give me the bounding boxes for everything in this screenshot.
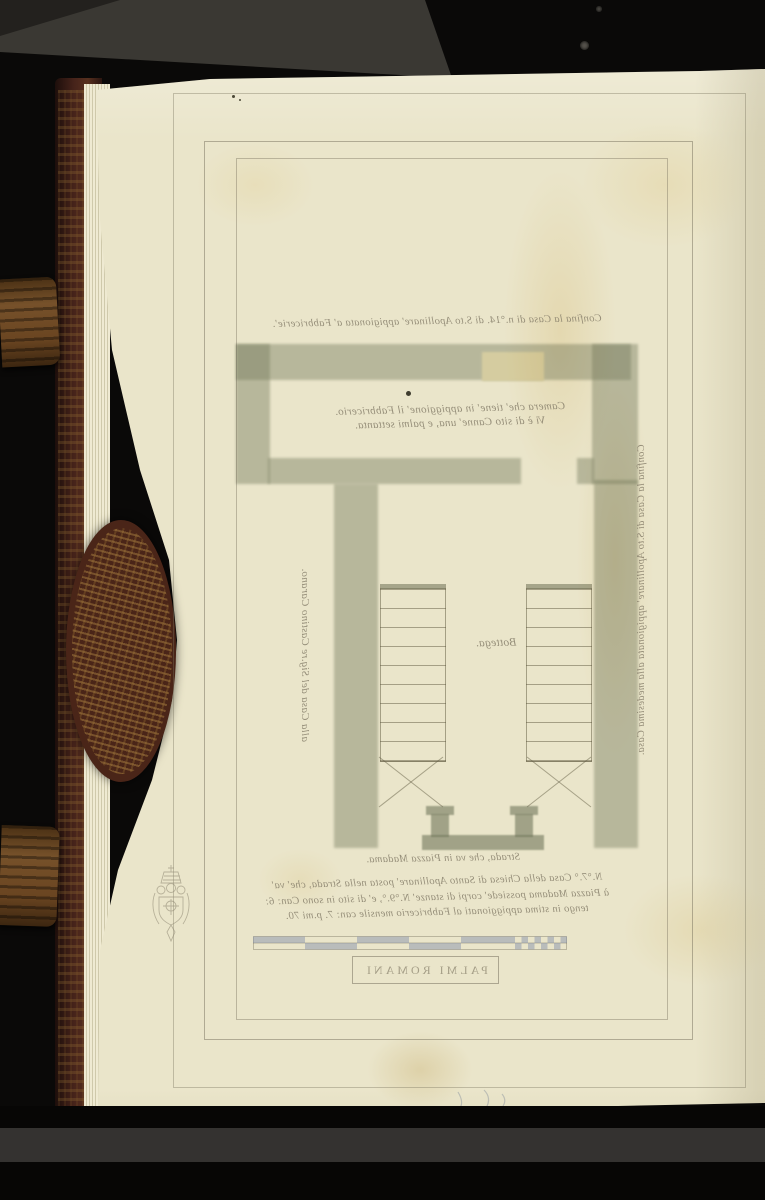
stair-cross-left (378, 756, 444, 808)
page-speck (239, 99, 241, 101)
wall-top (236, 344, 631, 380)
armorial-stamp-icon (150, 863, 192, 943)
description-block: N.°7.° Casa della Chiesa di Santo Apolli… (228, 874, 646, 921)
portal-pier-right (515, 814, 533, 837)
label-shop: Bottega. (438, 636, 554, 650)
staircase-right (526, 584, 592, 762)
portal-threshold (422, 835, 544, 850)
door-opening-top (482, 352, 544, 381)
stair-cross-right (526, 756, 592, 808)
ink-dot (406, 391, 411, 396)
wall-room-bottom (268, 458, 521, 484)
wall-room-left (236, 344, 270, 484)
label-room: Camera che' tiene' in appiggione' il Fab… (296, 402, 604, 430)
photo-stage: Confina la Casa di n.°14. di S.to Apolli… (0, 0, 765, 1200)
label-left-boundary: alla Casa del Sig.re Castino Carano. (295, 548, 311, 762)
wall-left-strip (334, 484, 378, 848)
page-speck (232, 95, 235, 98)
portal-pier-left (431, 814, 449, 837)
scale-label: PALMI ROMANI (364, 963, 488, 978)
staircase-left (380, 584, 446, 762)
scale-label-box: PALMI ROMANI (352, 956, 499, 984)
label-right-boundary: Confina la Casa di S.to Apollinare' appi… (636, 418, 652, 782)
table-band (0, 1128, 765, 1162)
scale-bar (253, 936, 567, 950)
wall-right-strip (594, 480, 638, 848)
